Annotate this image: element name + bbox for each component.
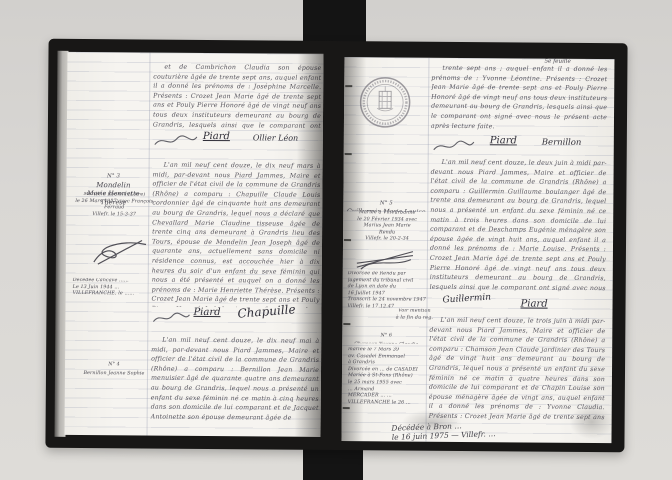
ink-smudge: [569, 405, 613, 439]
right-page: 5e feuille trente sept ans ; auquel enfa…: [341, 57, 614, 443]
signature-piard: Piard: [490, 135, 517, 146]
stitch-mark: [345, 85, 352, 87]
act4-text: L'an mil neuf cent douze, le dix neuf ma…: [151, 336, 320, 435]
stitch-mark: [345, 153, 352, 155]
act2-continuation-text: et de Cambrichon Claudia son épouse cout…: [153, 63, 322, 132]
signature-guillermin: Guillermin: [442, 293, 491, 306]
margin-mention-divorce: Divorcée de Rendu par jugement du tribun…: [347, 271, 429, 314]
act5-number: N° 5: [380, 201, 393, 207]
official-seal-stamp-icon: [358, 75, 412, 133]
act3-surname: Mondelin: [96, 181, 130, 189]
signature-piard: Piard: [203, 131, 230, 142]
act3-number: N° 3: [107, 174, 120, 180]
signature-flourish-icon: [153, 133, 199, 153]
margin-mention-marriage-act3: Mariée à Roanne (Loire) le 26 Mars 1937 …: [72, 192, 156, 233]
signature-bernillon: Bernillon: [542, 138, 582, 148]
scanned-register-photo: et de Cambrichon Claudia son épouse cout…: [0, 0, 672, 480]
signature-flourish-icon: [432, 138, 476, 158]
margin-signature-flourish-icon: [88, 234, 150, 272]
margin-voir-mention: Voir mention à la fin du reg.: [388, 308, 440, 324]
signature-ollier-leon: Ollier Léon: [253, 133, 298, 142]
margin-mention-marriage-act5: Mariée à Villeurbanne le 20 Février 1934…: [347, 210, 427, 249]
act5-text: L'an mil neuf cent douze, le deux juin à…: [430, 158, 607, 294]
signature-flourish-icon: [151, 310, 191, 330]
act6-number: N° 6: [380, 334, 392, 339]
act4-number: N° 4: [108, 363, 120, 368]
signature-piard: Piard: [193, 307, 220, 318]
act6-name: Chamson Yvonne Claudia: [354, 342, 418, 344]
act4-name: Bernillon Jeanne Sophie: [83, 371, 144, 376]
ink-smudge: [402, 410, 462, 436]
act4-continuation-text: trente sept ans ; auquel enfant il a don…: [431, 64, 608, 133]
signature-piard: Piard: [521, 298, 548, 309]
left-page: et de Cambrichon Claudia son épouse cout…: [65, 52, 324, 437]
margin-mention-death: Décédée Cancave …… Le 13 Juin 1944 … VIL…: [73, 278, 157, 309]
act3-text: L'an mil neuf cent douze, le dix neuf ma…: [152, 161, 321, 308]
register-book: et de Cambrichon Claudia son épouse cout…: [45, 39, 627, 453]
